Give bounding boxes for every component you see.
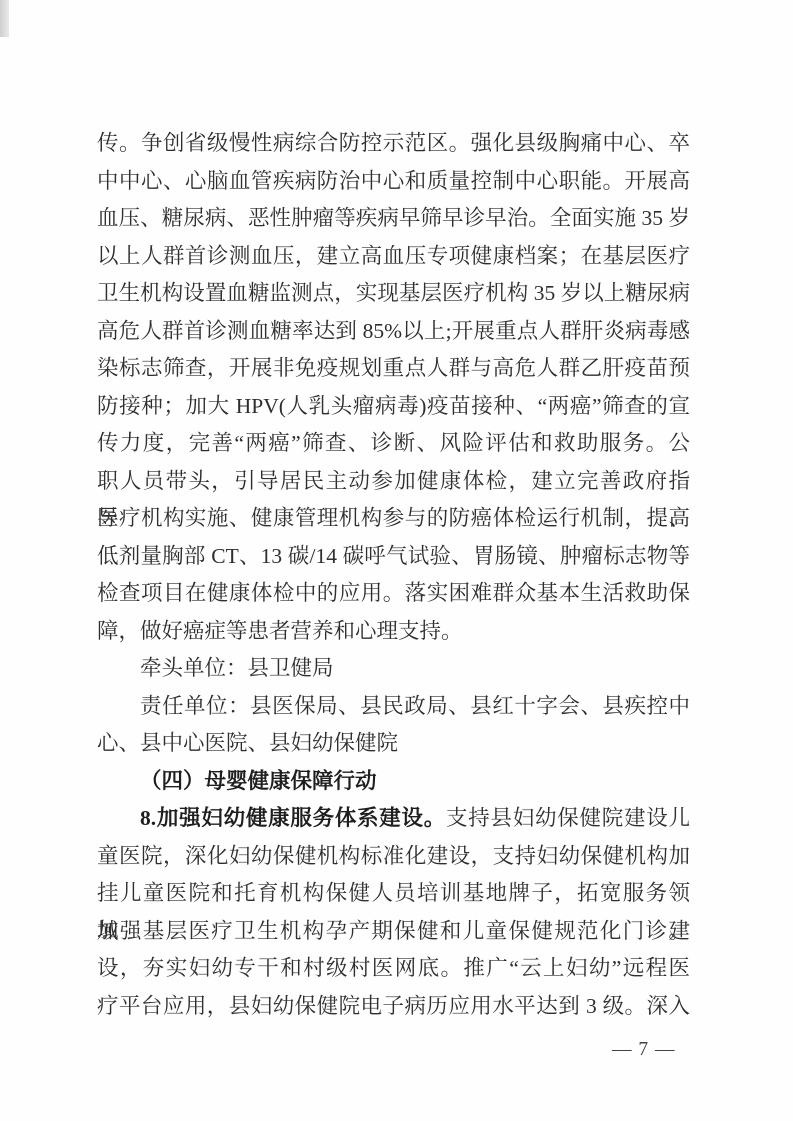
body-line: 检查项目在健康体检中的应用。落实困难群众基本生活救助保: [97, 575, 690, 613]
body-line: 加强基层医疗卫生机构孕产期保健和儿童保健规范化门诊建: [97, 913, 690, 951]
body-line: 以上人群首诊测血压，建立高血压专项健康档案；在基层医疗: [97, 238, 690, 276]
body-line: 疗平台应用，县妇幼保健院电子病历应用水平达到 3 级。深入: [97, 988, 690, 1026]
body-line: 童医院，深化妇幼保健机构标准化建设，支持妇幼保健机构加: [97, 838, 690, 876]
item-8-first-line: 8.加强妇幼健康服务体系建设。支持县妇幼保健院建设儿: [97, 800, 690, 838]
item-8-body-start: 支持县妇幼保健院建设儿: [446, 806, 690, 830]
responsible-unit-line-continued: 心、县中心医院、县妇幼保健院: [97, 725, 690, 763]
body-line: 挂儿童医院和托育机构保健人员培训基地牌子，拓宽服务领域。: [97, 875, 690, 913]
body-line: 传力度，完善“两癌”筛查、诊断、风险评估和救助服务。公: [97, 425, 690, 463]
body-line: 传。争创省级慢性病综合防控示范区。强化县级胸痛中心、卒: [97, 125, 690, 163]
item-8-title: 8.加强妇幼健康服务体系建设。: [140, 806, 446, 830]
page-number: — 7 —: [612, 1037, 702, 1063]
body-line: 卫生机构设置血糖监测点，实现基层医疗机构 35 岁以上糖尿病: [97, 275, 690, 313]
section-heading: （四）母婴健康保障行动: [97, 763, 690, 801]
document-page: 传。争创省级慢性病综合防控示范区。强化县级胸痛中心、卒 中中心、心脑血管疾病防治…: [0, 0, 793, 1121]
responsible-unit-line: 责任单位：县医保局、县民政局、县红十字会、县疾控中: [97, 688, 690, 726]
body-line: 血压、糖尿病、恶性肿瘤等疾病早筛早诊早治。全面实施 35 岁: [97, 200, 690, 238]
body-line-paragraph-end: 障，做好癌症等患者营养和心理支持。: [97, 613, 690, 651]
body-line: 职人员带头，引导居民主动参加健康体检，建立完善政府指导、: [97, 463, 690, 501]
body-line: 防接种；加大 HPV(人乳头瘤病毒)疫苗接种、“两癌”筛查的宣: [97, 388, 690, 426]
body-line: 设，夯实妇幼专干和村级村医网底。推广“云上妇幼”远程医: [97, 950, 690, 988]
body-line: 医疗机构实施、健康管理机构参与的防癌体检运行机制，提高: [97, 500, 690, 538]
body-line: 中中心、心脑血管疾病防治中心和质量控制中心职能。开展高: [97, 163, 690, 201]
body-line: 高危人群首诊测血糖率达到 85%以上;开展重点人群肝炎病毒感: [97, 313, 690, 351]
body-line: 染标志筛查，开展非免疫规划重点人群与高危人群乙肝疫苗预: [97, 350, 690, 388]
lead-unit-line: 牵头单位：县卫健局: [97, 650, 690, 688]
body-line: 低剂量胸部 CT、13 碳/14 碳呼气试验、胃肠镜、肿瘤标志物等: [97, 538, 690, 576]
scan-edge-artifact: [0, 0, 9, 37]
document-body: 传。争创省级慢性病综合防控示范区。强化县级胸痛中心、卒 中中心、心脑血管疾病防治…: [97, 125, 690, 1025]
